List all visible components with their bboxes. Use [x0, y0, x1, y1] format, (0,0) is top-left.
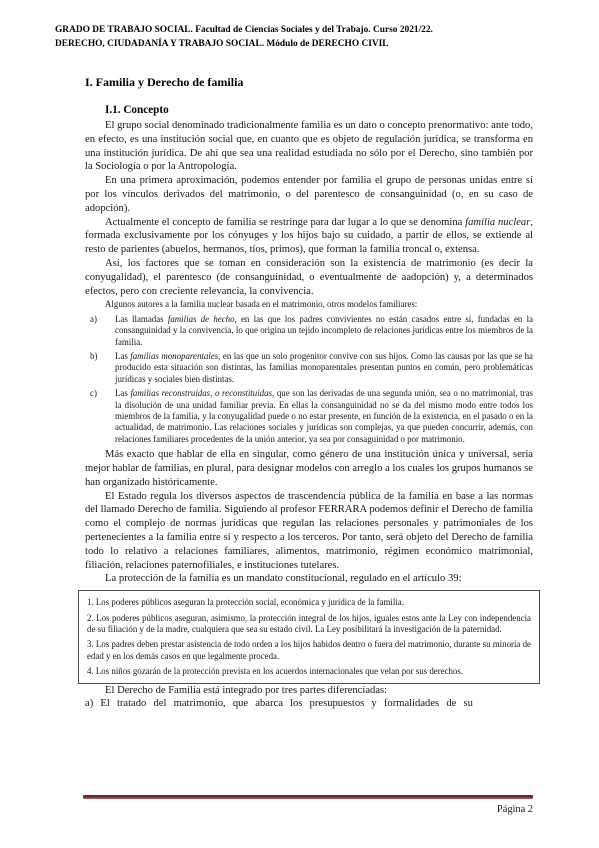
articulo-39-item-2: 2. Los poderes públicos aseguran, asimis…	[87, 613, 531, 636]
paragraph-integracion: El Derecho de Familia está integrado por…	[85, 684, 533, 698]
course-header-line2: DERECHO, CIUDADANÍA Y TRABAJO SOCIAL. Mó…	[55, 38, 559, 52]
list-marker-c: c)	[85, 388, 115, 445]
paragraph-familia-nuclear-pre: Actualmente el concepto de familia se re…	[105, 217, 465, 228]
paragraph-factores: Así, los factores que se toman en consid…	[85, 257, 533, 298]
models-intro: Algunos autores a la familia nuclear bas…	[85, 299, 533, 310]
list-marker-a: a)	[85, 314, 115, 348]
document-page: { "colors": { "footer_rule": "#7b2f2f", …	[0, 0, 599, 848]
paragraph-aproximacion: En una primera aproximación, podemos ent…	[85, 174, 533, 215]
list-item-text: Las familias reconstruidas, o reconstitu…	[115, 388, 533, 445]
subsection-title: I.1. Concepto	[105, 104, 533, 116]
list-item-familias-monoparentales: b) Las familias monoparentales, en las q…	[85, 351, 533, 385]
list-item-familias-de-hecho: a) Las llamadas familias de hecho, en la…	[85, 314, 533, 348]
familia-nuclear-term: familia nuclear	[465, 217, 530, 228]
paragraph-tratado-matrimonio: a) El tratado del matrimonio, que abarca…	[85, 697, 533, 711]
list-marker-b: b)	[85, 351, 115, 385]
paragraph-familia-nuclear: Actualmente el concepto de familia se re…	[85, 216, 533, 257]
familias-monoparentales-term: familias monoparentales	[130, 351, 218, 361]
page-number: Página 2	[83, 804, 533, 815]
paragraph-mas-exacto: Más exacto que hablar de ella en singula…	[85, 448, 533, 489]
footer-divider-rule	[83, 795, 533, 799]
familias-reconstruidas-term: familias reconstruidas, o reconstituidas	[130, 388, 272, 398]
item-c-lead: Las	[115, 388, 130, 398]
page-footer: Página 2	[83, 795, 533, 815]
item-a-lead: Las llamadas	[115, 314, 168, 324]
list-item-familias-reconstruidas: c) Las familias reconstruidas, o reconst…	[85, 388, 533, 445]
item-b-lead: Las	[115, 351, 130, 361]
course-header-line1: GRADO DE TRABAJO SOCIAL. Facultad de Cie…	[55, 24, 559, 38]
section-title: I. Familia y Derecho de familia	[85, 75, 533, 90]
articulo-39-item-1: 1. Los poderes públicos aseguran la prot…	[87, 597, 531, 608]
paragraph-proteccion: La protección de la familia es un mandat…	[85, 572, 533, 586]
familias-de-hecho-term: familias de hecho	[168, 314, 235, 324]
paragraph-estado-regula: El Estado regula los diversos aspectos d…	[85, 490, 533, 573]
articulo-39-box: 1. Los poderes públicos aseguran la prot…	[78, 590, 540, 683]
course-header: GRADO DE TRABAJO SOCIAL. Facultad de Cie…	[55, 24, 559, 51]
paragraph-concepto-1: El grupo social denominado tradicionalme…	[85, 119, 533, 174]
articulo-39-item-3: 3. Los padres deben prestar asistencia d…	[87, 639, 531, 662]
list-item-text: Las llamadas familias de hecho, en las q…	[115, 314, 533, 348]
document-body: I. Familia y Derecho de familia I.1. Con…	[85, 75, 533, 711]
articulo-39-item-4: 4. Los niños gozarán de la protección pr…	[87, 666, 531, 677]
list-item-text: Las familias monoparentales, en las que …	[115, 351, 533, 385]
